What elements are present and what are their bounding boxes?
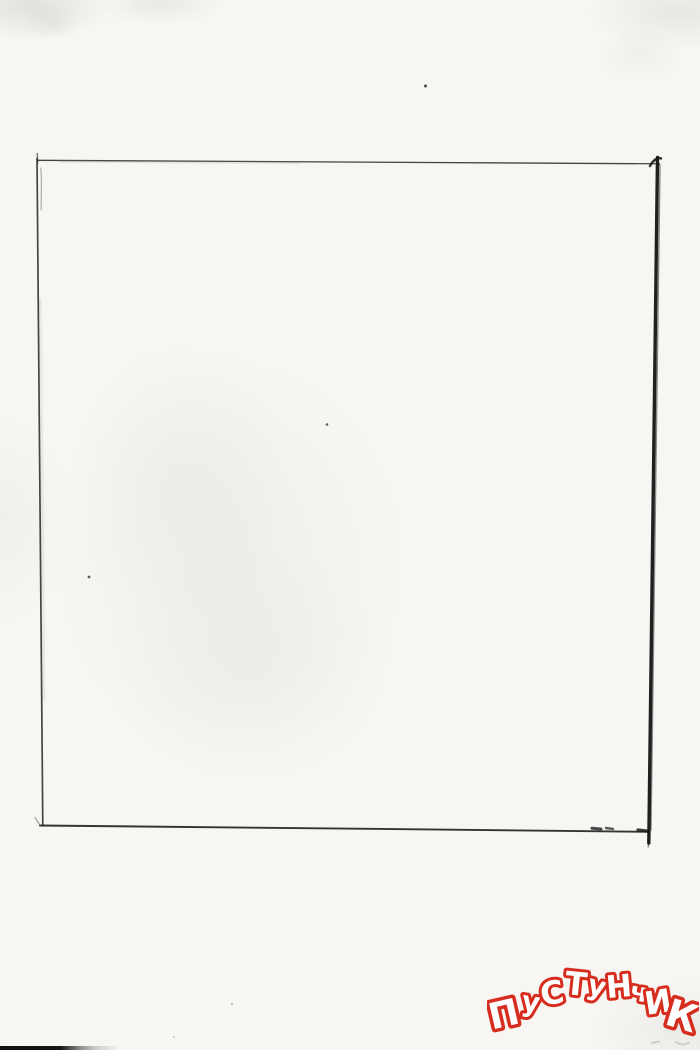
paper-speck-5 (173, 1036, 175, 1038)
square-bottom-smudge-3 (638, 830, 649, 831)
paper-speck-2 (326, 423, 329, 426)
square-bottom-smudge-1 (592, 828, 601, 829)
square-bottom-left-tick (35, 818, 41, 827)
square-bottom-edge (40, 826, 650, 832)
paper-speck-4 (231, 1003, 233, 1005)
square-left-corner-overshoot (37, 154, 38, 164)
square-right-edge (649, 158, 658, 844)
pencil-square-sketch (0, 0, 700, 1050)
paper-speck-3 (88, 576, 91, 579)
square-left-double-start (41, 168, 42, 210)
square-bottom-smudge-2 (606, 828, 613, 829)
logo-letter-s: С (537, 972, 567, 1014)
pustunchik-logo: П у С Т у Н ч И К (487, 957, 699, 1047)
scan-edge-artifact (0, 1046, 120, 1050)
logo-letter-p: П (487, 992, 523, 1039)
square-right-bottom-tail (648, 833, 649, 847)
paper-speck-1 (424, 85, 427, 88)
paper-page: П у С Т у Н ч И К (0, 0, 700, 1050)
